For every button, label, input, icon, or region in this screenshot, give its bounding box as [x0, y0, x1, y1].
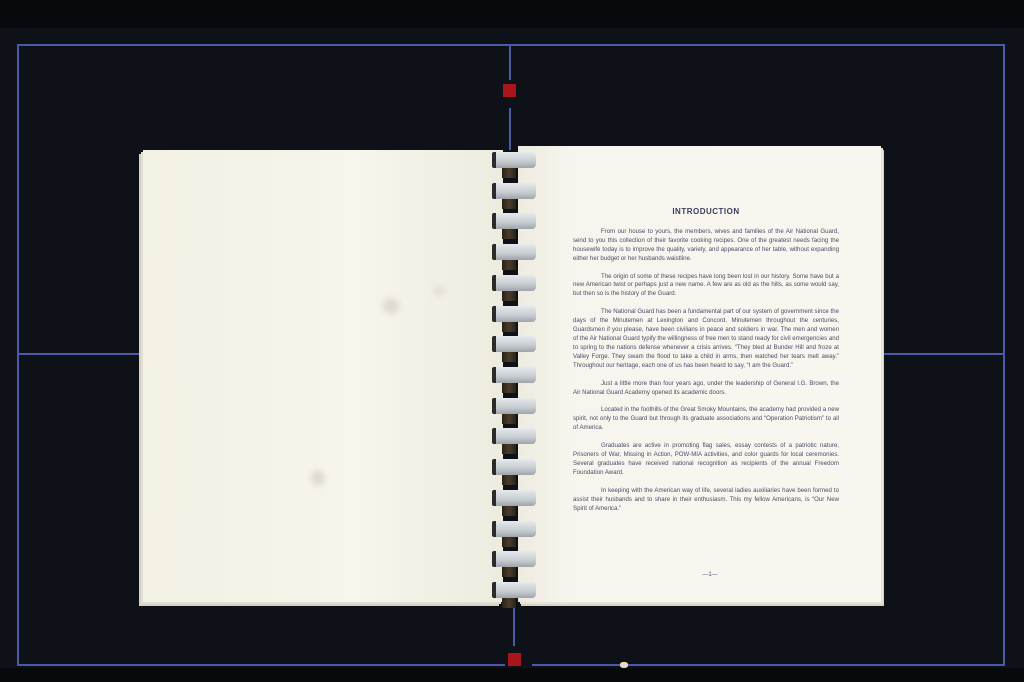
- coil-ring: [492, 459, 536, 475]
- spiral-coil: [488, 336, 536, 358]
- spiral-coil: [488, 306, 536, 328]
- introduction-text: INTRODUCTION From our house to yours, th…: [573, 208, 839, 522]
- coil-ring: [492, 521, 536, 537]
- page-number: —1—: [690, 572, 730, 578]
- horizontal-guide-left: [17, 353, 144, 355]
- spiral-coil: [488, 551, 536, 573]
- coil-ring: [492, 398, 536, 414]
- registration-marker-bottom: [508, 653, 521, 666]
- spiral-coil: [488, 490, 536, 512]
- spiral-coil: [488, 244, 536, 266]
- coil-ring: [492, 428, 536, 444]
- spiral-coil: [488, 428, 536, 450]
- spiral-coil: [488, 213, 536, 235]
- dust-speck: [620, 662, 628, 668]
- coil-ring: [492, 306, 536, 322]
- spiral-coil: [488, 582, 536, 604]
- paper-smudge: [433, 285, 445, 297]
- coil-ring: [492, 582, 536, 598]
- coil-ring: [492, 213, 536, 229]
- top-dark-band: [0, 0, 1024, 28]
- center-vertical-guide-top: [509, 44, 511, 80]
- paragraph: The origin of some of these recipes have…: [573, 273, 839, 300]
- coil-ring: [492, 551, 536, 567]
- bottom-dark-band: [0, 668, 1024, 682]
- spiral-binding: [488, 152, 536, 600]
- frame-left-line: [17, 44, 19, 666]
- paragraph: In keeping with the American way of life…: [573, 487, 839, 514]
- registration-marker-top: [503, 84, 516, 97]
- spiral-coil: [488, 152, 536, 174]
- paragraph: From our house to yours, the members, wi…: [573, 228, 839, 264]
- frame-bottom-line-right: [532, 664, 1004, 666]
- spiral-coil: [488, 398, 536, 420]
- paragraph: The National Guard has been a fundamenta…: [573, 308, 839, 370]
- spiral-coil: [488, 183, 536, 205]
- frame-right-line: [1003, 44, 1005, 666]
- coil-ring: [492, 183, 536, 199]
- coil-ring: [492, 367, 536, 383]
- paper-smudge: [311, 470, 325, 486]
- paragraph: Graduates are active in promoting flag s…: [573, 442, 839, 478]
- coil-ring: [492, 336, 536, 352]
- coil-ring: [492, 244, 536, 260]
- spiral-coil: [488, 459, 536, 481]
- left-page-blank: [143, 150, 503, 602]
- paragraph: Just a little more than four years ago, …: [573, 380, 839, 398]
- page-title: INTRODUCTION: [573, 208, 839, 217]
- coil-ring: [492, 275, 536, 291]
- paragraph: Located in the foothills of the Great Sm…: [573, 406, 839, 433]
- coil-ring: [492, 490, 536, 506]
- center-vertical-guide-mid: [509, 108, 511, 150]
- spiral-coil: [488, 275, 536, 297]
- coil-ring: [492, 152, 536, 168]
- spiral-coil: [488, 367, 536, 389]
- frame-bottom-line-left: [17, 664, 505, 666]
- horizontal-guide-right: [882, 353, 1004, 355]
- spiral-coil: [488, 521, 536, 543]
- paper-smudge: [383, 298, 399, 314]
